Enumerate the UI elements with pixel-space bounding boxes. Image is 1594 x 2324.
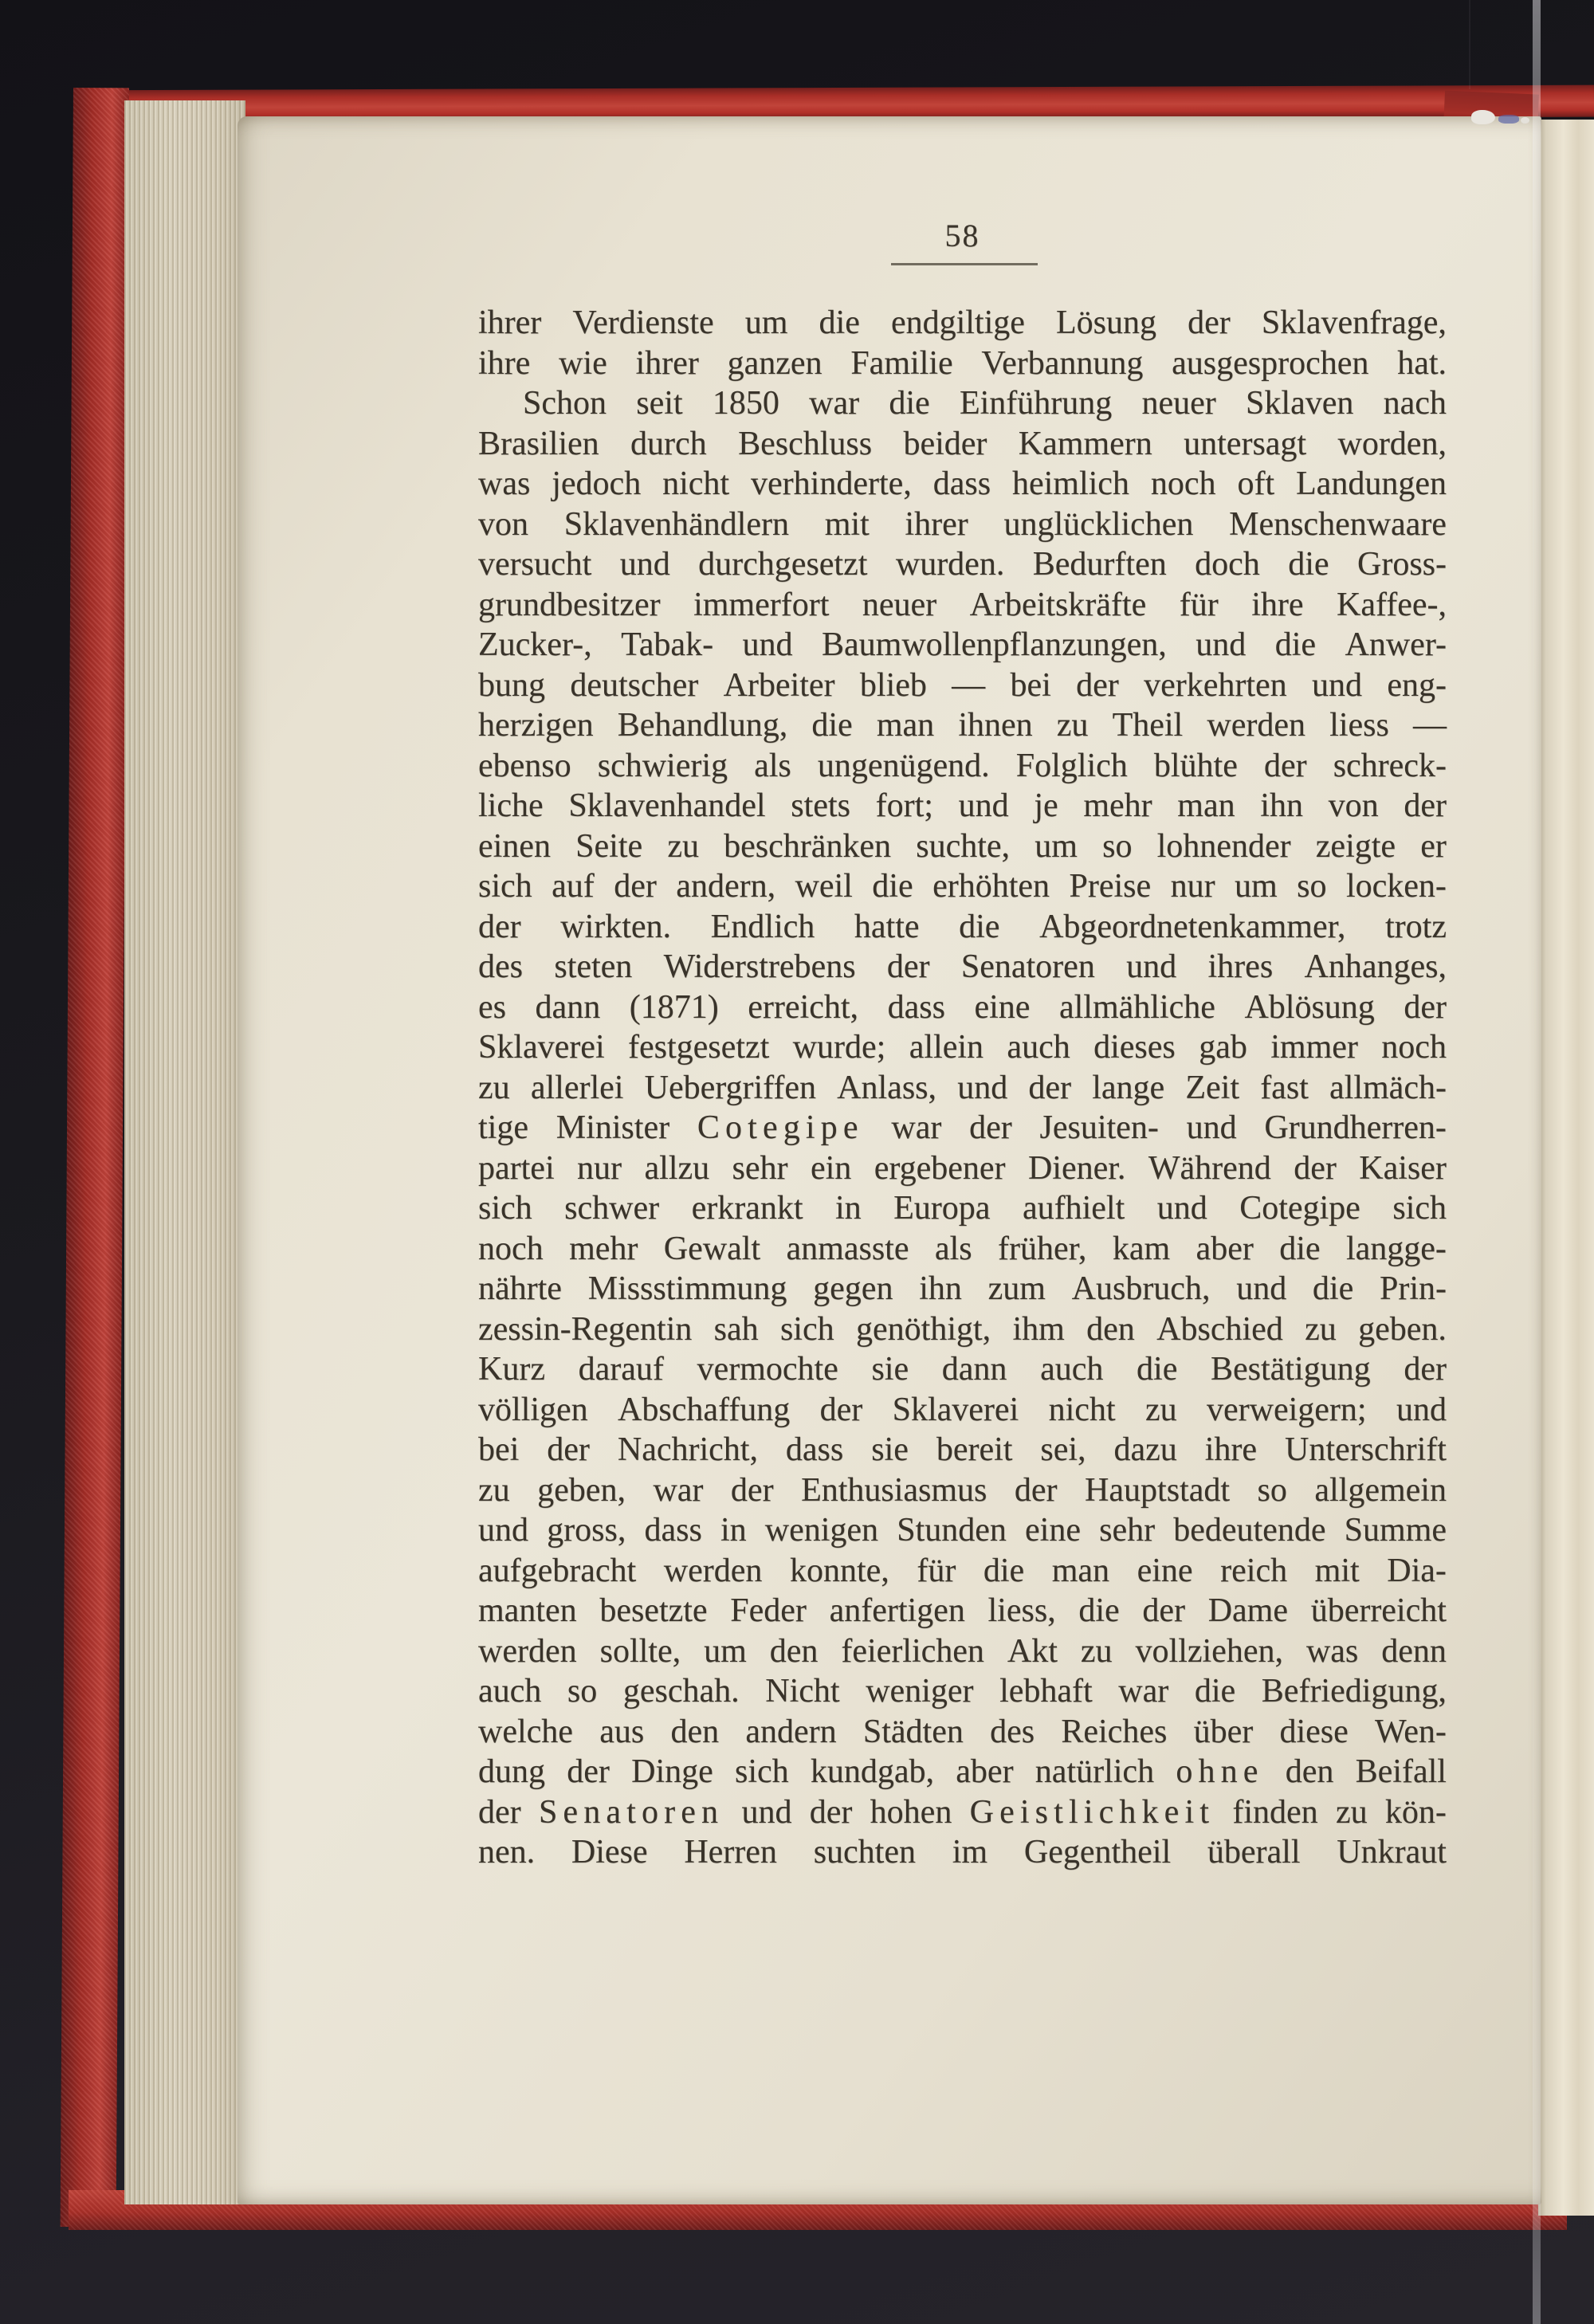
- glass-holder-edge: [1533, 0, 1541, 2324]
- text-line: zessin-Regentinsahsichgenöthigt,ihmdenAb…: [478, 1309, 1447, 1350]
- page-number: 58: [478, 217, 1447, 254]
- photo-backdrop: 58 ihrerVerdiensteumdieendgiltigeLösungd…: [0, 0, 1594, 2324]
- text-line: tigeMinisterCotegipewarderJesuiten-undGr…: [478, 1108, 1447, 1148]
- text-line: licheSklavenhandelstetsfort;undjemehrman…: [478, 786, 1447, 826]
- text-line: esdann(1871)erreicht,dasseineallmähliche…: [478, 987, 1447, 1028]
- text-line: derwirkten.EndlichhattedieAbgeordnetenka…: [478, 907, 1447, 948]
- book-page: 58 ihrerVerdiensteumdieendgiltigeLösungd…: [238, 116, 1541, 2204]
- text-line: nährteMissstimmunggegenihnzumAusbruch,un…: [478, 1269, 1447, 1309]
- page-edges-left: [124, 100, 245, 2204]
- text-line: ihrerVerdiensteumdieendgiltigeLösungderS…: [478, 303, 1447, 343]
- text-line: KurzdaraufvermochtesiedannauchdieBestäti…: [478, 1349, 1447, 1390]
- paper-damage-chip: [1521, 117, 1529, 124]
- text-line: dungderDingesichkundgab,abernatürlichohn…: [478, 1752, 1447, 1792]
- text-line: beiderNachricht,dasssiebereitsei,dazuihr…: [478, 1430, 1447, 1470]
- text-line: sichschwererkranktinEuropaaufhieltundCot…: [478, 1188, 1447, 1229]
- text-line: zuallerleiUebergriffenAnlass,undderlange…: [478, 1068, 1447, 1109]
- text-line: auchsogeschah.NichtwenigerlebhaftwardieB…: [478, 1671, 1447, 1712]
- cover-seam: [1469, 0, 1470, 89]
- text-line: Sklavereifestgesetztwurde;alleinauchdies…: [478, 1027, 1447, 1068]
- text-line: welcheausdenandernStädtendesReichesüberd…: [478, 1712, 1447, 1753]
- text-line: einenSeitezubeschränkensuchte,umsolohnen…: [478, 826, 1447, 867]
- text-line: werdensollte,umdenfeierlichenAktzuvollzi…: [478, 1631, 1447, 1672]
- text-line: undgross,dassinwenigenStundeneinesehrbed…: [478, 1510, 1447, 1551]
- paper-damage-fleck: [1498, 115, 1519, 124]
- text-line: versuchtunddurchgesetztwurden.Bedurftend…: [478, 544, 1447, 585]
- page-block-fore-edge: [1538, 120, 1594, 2216]
- book-cover-spine-edge: [61, 88, 129, 2227]
- text-line: zugeben,warderEnthusiasmusderHauptstadts…: [478, 1470, 1447, 1511]
- text-line: BrasiliendurchBeschlussbeiderKammernunte…: [478, 424, 1447, 465]
- text-line: nen.DieseHerrensuchtenimGegentheilüberal…: [478, 1832, 1447, 1873]
- text-line: wasjedochnichtverhinderte,dassheimlichno…: [478, 464, 1447, 504]
- text-line: grundbesitzerimmerfortneuerArbeitskräfte…: [478, 585, 1447, 626]
- text-line: aufgebrachtwerdenkonnte,fürdiemaneinerei…: [478, 1551, 1447, 1592]
- text-line: vonSklavenhändlernmitihrerunglücklichenM…: [478, 504, 1447, 545]
- text-line: sichaufderandern,weildieerhöhtenPreisenu…: [478, 866, 1447, 907]
- text-line: parteinurallzusehreinergebenerDiener.Wäh…: [478, 1148, 1447, 1189]
- text-line: ebensoschwierigalsungenügend.Folglichblü…: [478, 746, 1447, 787]
- text-line: desstetenWiderstrebensderSenatorenundihr…: [478, 947, 1447, 987]
- text-block: ihrerVerdiensteumdieendgiltigeLösungderS…: [478, 303, 1447, 1873]
- text-line: völligenAbschaffungderSklavereinichtzuve…: [478, 1390, 1447, 1431]
- header-rule: [891, 263, 1038, 265]
- text-line: Zucker-,Tabak-undBaumwollenpflanzungen,u…: [478, 625, 1447, 665]
- text-line: herzigenBehandlung,diemanihnenzuTheilwer…: [478, 705, 1447, 746]
- text-line: nochmehrGewaltanmasstealsfrüher,kamaberd…: [478, 1229, 1447, 1270]
- text-line: mantenbesetzteFederanfertigenliess,diede…: [478, 1591, 1447, 1631]
- text-line: ihrewieihrerganzenFamilieVerbannungausge…: [478, 343, 1447, 384]
- paper-damage-chip: [1471, 110, 1495, 124]
- text-line: Schonseit1850wardieEinführungneuerSklave…: [478, 383, 1447, 424]
- text-line: derSenatorenundderhohenGeistlichkeitfind…: [478, 1792, 1447, 1833]
- text-line: bungdeutscherArbeiterblieb—beiderverkehr…: [478, 665, 1447, 706]
